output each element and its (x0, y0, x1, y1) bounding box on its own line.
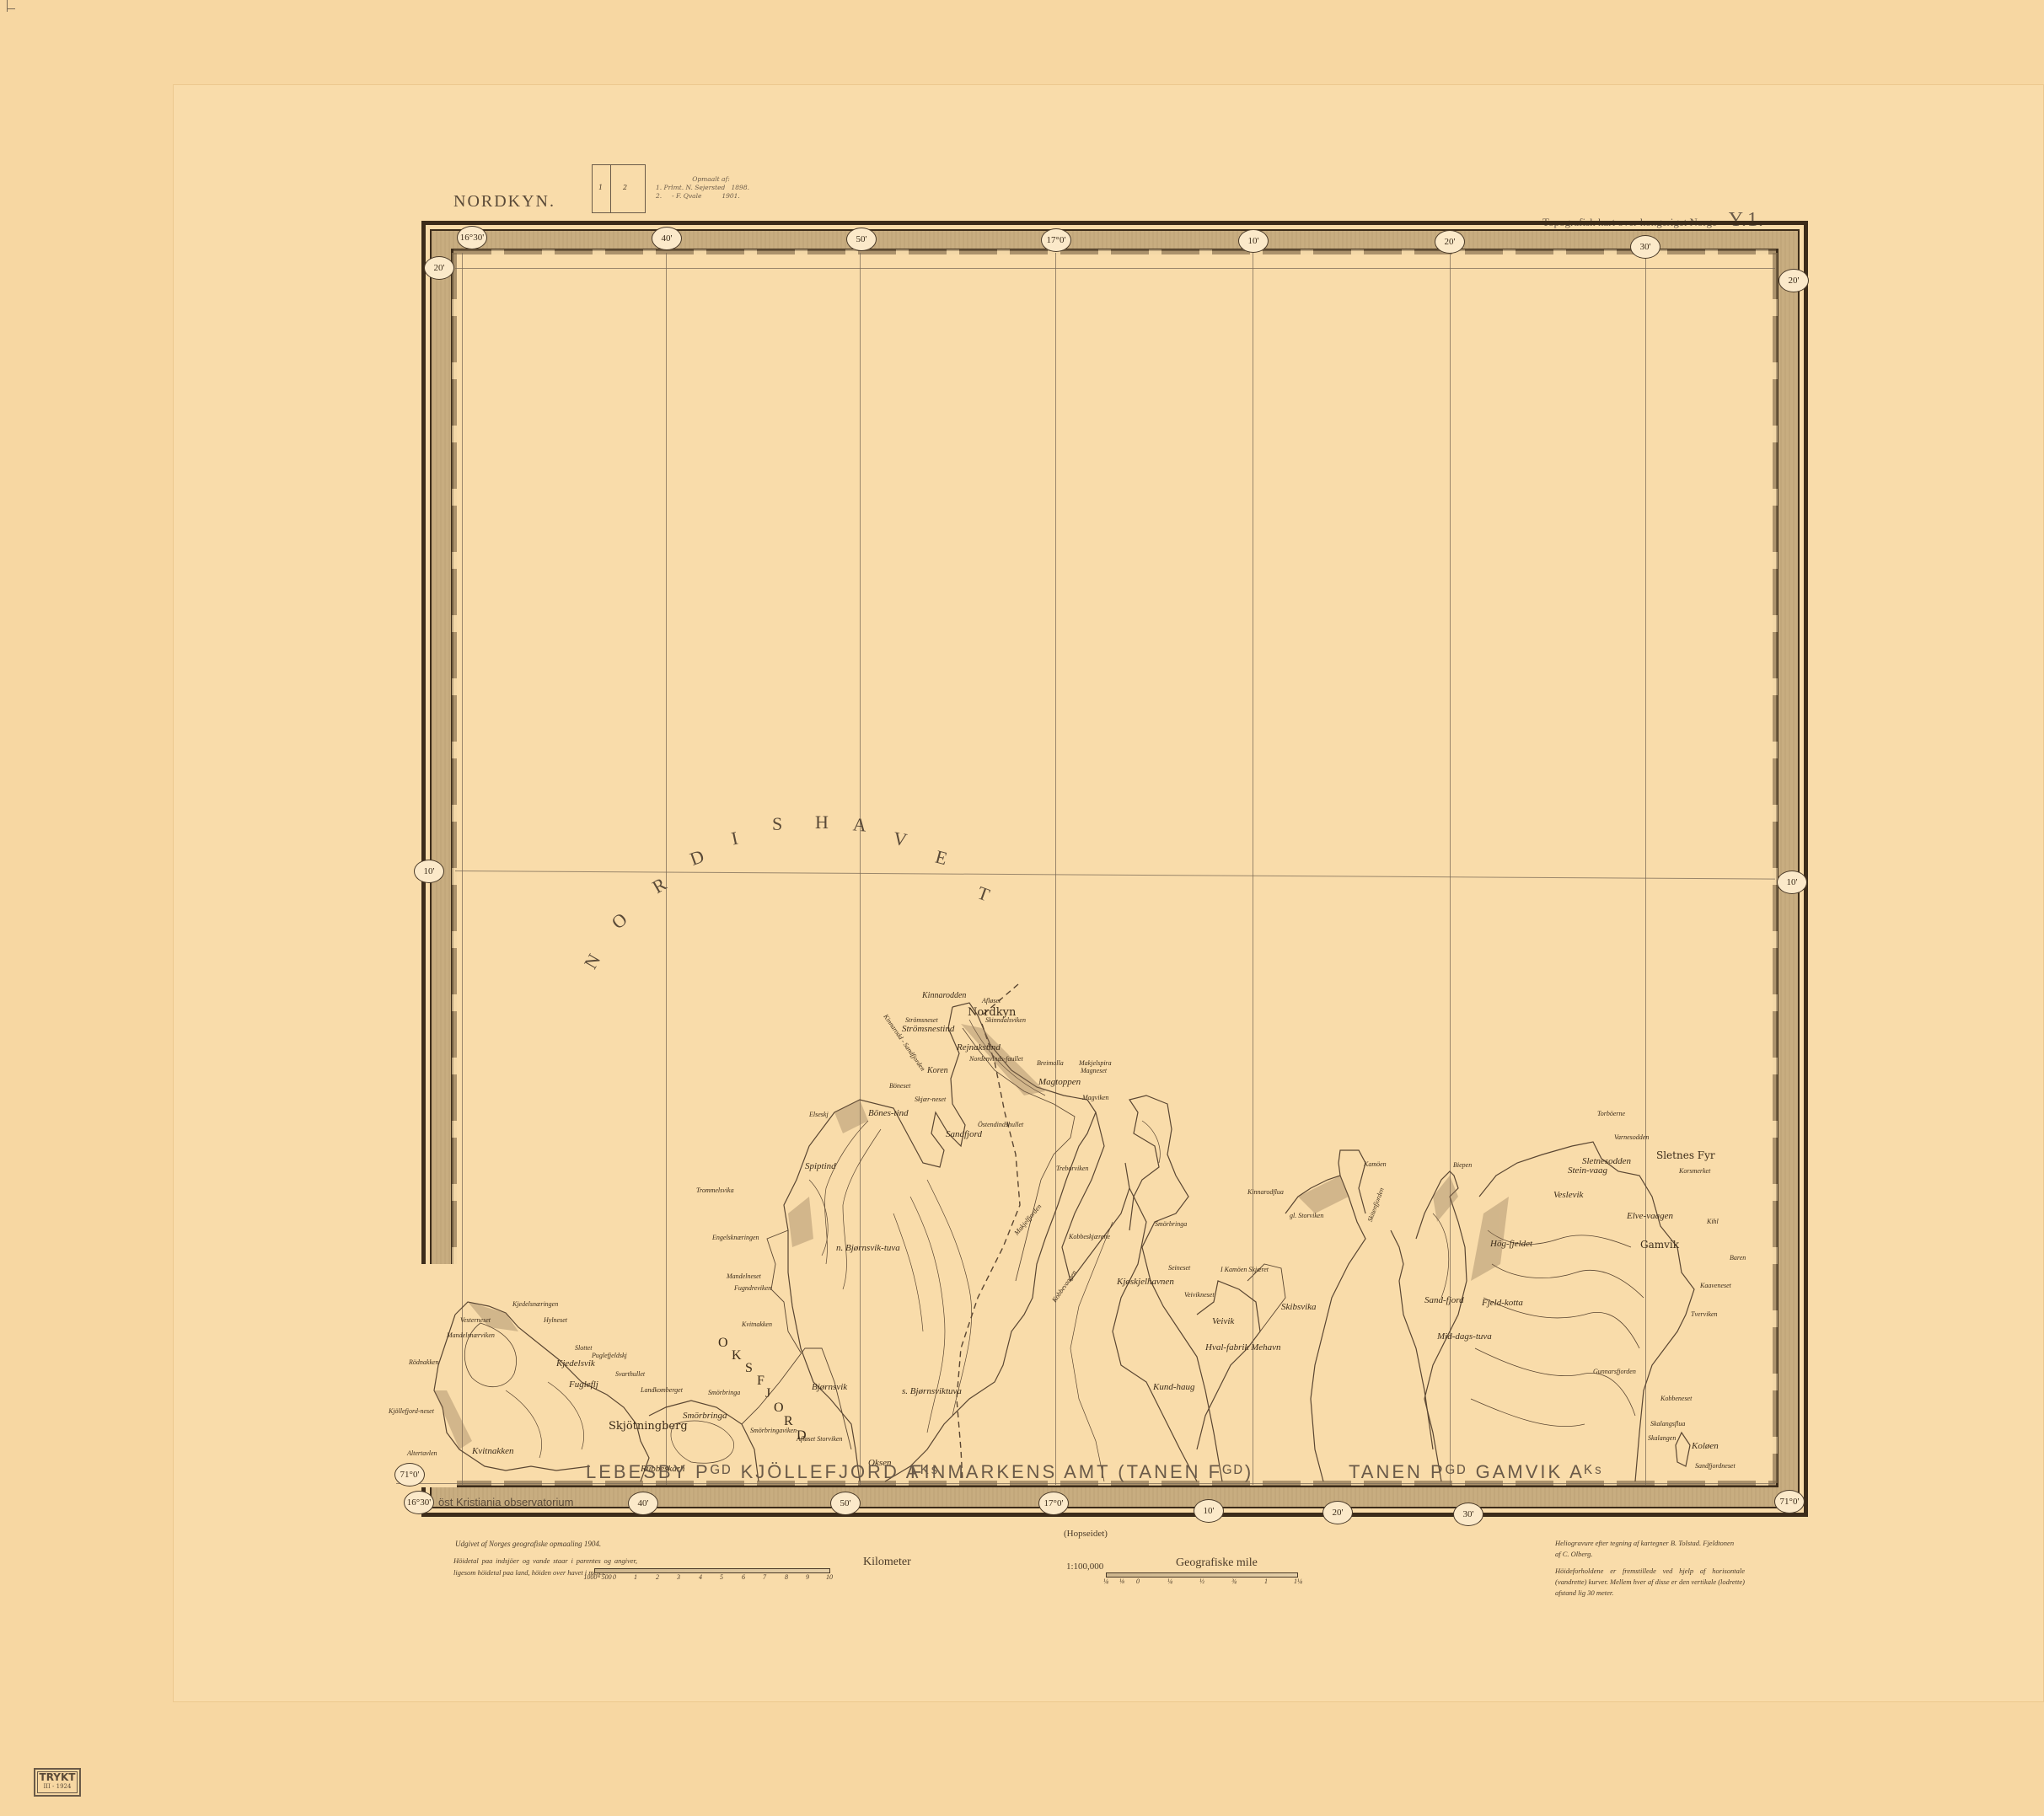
place-label: Gamvik (1640, 1239, 1679, 1251)
scale-tick: 9 (806, 1573, 809, 1581)
place-label: I Kamöen Skjæret (1220, 1266, 1269, 1273)
place-label: Skalangsflua (1650, 1420, 1685, 1428)
scale-tick: 2 (656, 1573, 659, 1581)
place-label: Puglefjeldskj (592, 1352, 627, 1359)
place-label: Bönes-tind (868, 1108, 909, 1118)
place-label: Sand-fjord (1424, 1295, 1464, 1305)
place-label: Kinnarodden (922, 991, 966, 1000)
place-label: Rejnakstind (957, 1042, 1001, 1053)
scale-tick: ¼ (1103, 1578, 1108, 1585)
place-label: Skjær-neset (915, 1095, 946, 1103)
engraving-note: Heliogravure efter tegning af kartegner … (1555, 1538, 1741, 1560)
place-label: Spiptind (805, 1161, 836, 1171)
place-label: Torböerne (1597, 1110, 1625, 1117)
scale-tick: 6 (742, 1573, 745, 1581)
km-scale-title: Kilometer (863, 1556, 911, 1569)
place-label: Skinndalsviken (985, 1016, 1026, 1024)
place-label: Svarthullet (615, 1370, 645, 1378)
place-label: n. Bjørnsvik-tuva (836, 1243, 900, 1253)
place-label: Kjedelsvik (556, 1358, 595, 1369)
place-label: Kund-haug (1153, 1382, 1195, 1392)
admin-label-tanen: TANEN Pᴳᴰ GAMVIK Aᴷˢ (1349, 1461, 1604, 1483)
place-label: Strömsneset (905, 1016, 938, 1024)
place-label: Kjöllefjord-neset (389, 1407, 434, 1415)
place-label: Tverviken (1691, 1310, 1718, 1318)
place-label: gl. Storviken (1290, 1212, 1323, 1219)
place-label: Kvitnakken (742, 1320, 772, 1328)
fjord-label-letter: J (765, 1386, 779, 1401)
scale-tick: ⅛ (1119, 1578, 1124, 1585)
admin-label-finmarken: FINMARKENS AMT (TANEN Fᴳᴰ) (910, 1461, 1253, 1483)
scale-tick: ¼ (1167, 1578, 1172, 1585)
place-label: Kobbeskjærene (1069, 1233, 1110, 1240)
place-label: Elve-vaagen (1627, 1211, 1673, 1221)
place-label: Skjötningberg (609, 1420, 688, 1433)
place-label: Engelsknæringen (712, 1234, 759, 1241)
scale-tick: 3 (677, 1573, 680, 1581)
place-label: Stein-vaag (1568, 1165, 1607, 1176)
place-label: Östendindshullet (978, 1121, 1023, 1128)
place-label: Varnesodden (1614, 1133, 1649, 1141)
scale-tick: 0 (1136, 1578, 1140, 1585)
place-label: Seineset (1168, 1264, 1190, 1272)
place-label: Landkomberget (641, 1386, 683, 1394)
place-label: Strömsnestind (902, 1024, 954, 1034)
scale-tick: 10 (826, 1573, 833, 1581)
scale-tick: 1 (1264, 1578, 1268, 1585)
fjord-label-letter: R (784, 1414, 802, 1429)
place-label: Smörbringa (708, 1389, 740, 1396)
place-label: Gunnarsfjorden (1593, 1368, 1636, 1375)
printed-stamp: TRYKT III - 1924 (34, 1768, 81, 1797)
place-label: Kamöen (1364, 1160, 1387, 1168)
place-label: Magtoppen (1038, 1077, 1081, 1087)
place-label: Kaaveneset (1700, 1282, 1731, 1289)
place-label: Böneset (889, 1082, 910, 1090)
place-label: s. Bjørnsviktuva (902, 1386, 962, 1396)
scale-tick: 5 (720, 1573, 723, 1581)
place-label: Magviken (1082, 1094, 1109, 1101)
place-label: Veslevik (1553, 1190, 1583, 1200)
place-label: Koløen (1692, 1441, 1719, 1451)
place-label: Kihl (1707, 1218, 1719, 1225)
place-label: Skibsvika (1281, 1302, 1317, 1312)
place-label: Smörbringa (1155, 1220, 1187, 1228)
place-label: Korsmerket (1679, 1167, 1710, 1175)
scale-ratio: 1:100,000 (1066, 1562, 1103, 1572)
place-label: Veivikneset (1184, 1291, 1215, 1299)
place-label: Hög-fjeldet (1490, 1239, 1532, 1249)
scale-tick: 7 (763, 1573, 766, 1581)
place-label: Hylneset (544, 1316, 567, 1324)
place-label: Altertavlen (407, 1449, 437, 1457)
scale-tick: ¾ (1231, 1578, 1237, 1585)
relief-note: Höideforholdene er fremstillede ved hjel… (1555, 1566, 1745, 1599)
place-label: Veivik (1212, 1316, 1234, 1326)
place-label: Sletnes Fyr (1656, 1149, 1715, 1161)
place-label: Mandelsnærviken (447, 1331, 495, 1339)
place-label: Sandfjord (946, 1129, 982, 1139)
place-label: Makjelspira (1079, 1059, 1112, 1067)
stamp-line-1: TRYKT (35, 1771, 79, 1784)
place-label: Koren (927, 1066, 948, 1075)
place-label: Baren (1730, 1254, 1746, 1262)
place-label: Afløset (982, 997, 1001, 1004)
place-label: Rödnakken (409, 1358, 439, 1366)
scale-tick: 8 (785, 1573, 788, 1581)
place-label: Mandelneset (727, 1272, 761, 1280)
place-label: Kjedelsnæringen (512, 1300, 558, 1308)
center-label: (Hopseidet) (1064, 1529, 1108, 1539)
scale-tick: 4 (699, 1573, 702, 1581)
stamp-line-2: III - 1924 (35, 1783, 79, 1790)
place-label: Skalangen (1648, 1434, 1676, 1442)
place-label: Kjøskjelhavnen (1117, 1277, 1174, 1287)
place-label: Kvitnakken (472, 1446, 513, 1456)
place-label: Fugleflj (569, 1379, 598, 1390)
admin-label-lebesby: LEBESBY Pᴳᴰ KJÖLLEFJORD Aᴷˢ (586, 1461, 940, 1483)
place-label: Hval-fabrik Mehavn (1205, 1342, 1281, 1353)
place-label: Sandfjordneset (1695, 1462, 1736, 1470)
place-label: Breimolla (1037, 1059, 1064, 1067)
place-label: Nordenvinds-faullet (969, 1055, 1023, 1063)
place-label: Elseskj (809, 1111, 829, 1118)
mile-scale-title: Geografiske mile (1176, 1556, 1258, 1570)
scale-tick: 1000ᵐ 500 (583, 1573, 611, 1581)
place-label: Treborviken (1056, 1165, 1088, 1172)
place-label: Fjeld-kotta (1482, 1298, 1523, 1308)
scale-tick: 0 (613, 1573, 616, 1581)
place-label: Magneset (1081, 1067, 1107, 1074)
place-label: Biepen (1453, 1161, 1472, 1169)
place-label: Bjørnsvik (812, 1382, 847, 1392)
place-label: Kinnarodflua (1247, 1188, 1284, 1196)
place-label: Fugndreviken (734, 1284, 771, 1292)
place-label: Vesterneset (460, 1316, 491, 1324)
scale-tick: 1 (634, 1573, 637, 1581)
place-label: Kobbeneset (1660, 1395, 1692, 1402)
place-label: Trommelsvika (696, 1187, 734, 1194)
scale-tick: ½ (1199, 1578, 1204, 1585)
km-scale-bar (594, 1568, 830, 1573)
place-label: Mid-dags-tuva (1437, 1331, 1492, 1342)
place-label: Slottet (575, 1344, 592, 1352)
scale-tick: 1¼ (1294, 1578, 1302, 1585)
fjord-label-letter: D (797, 1428, 815, 1444)
publisher-note: Udgivet af Norges geografiske opmaaling … (455, 1540, 601, 1548)
place-label: Smörbringa (683, 1411, 727, 1421)
